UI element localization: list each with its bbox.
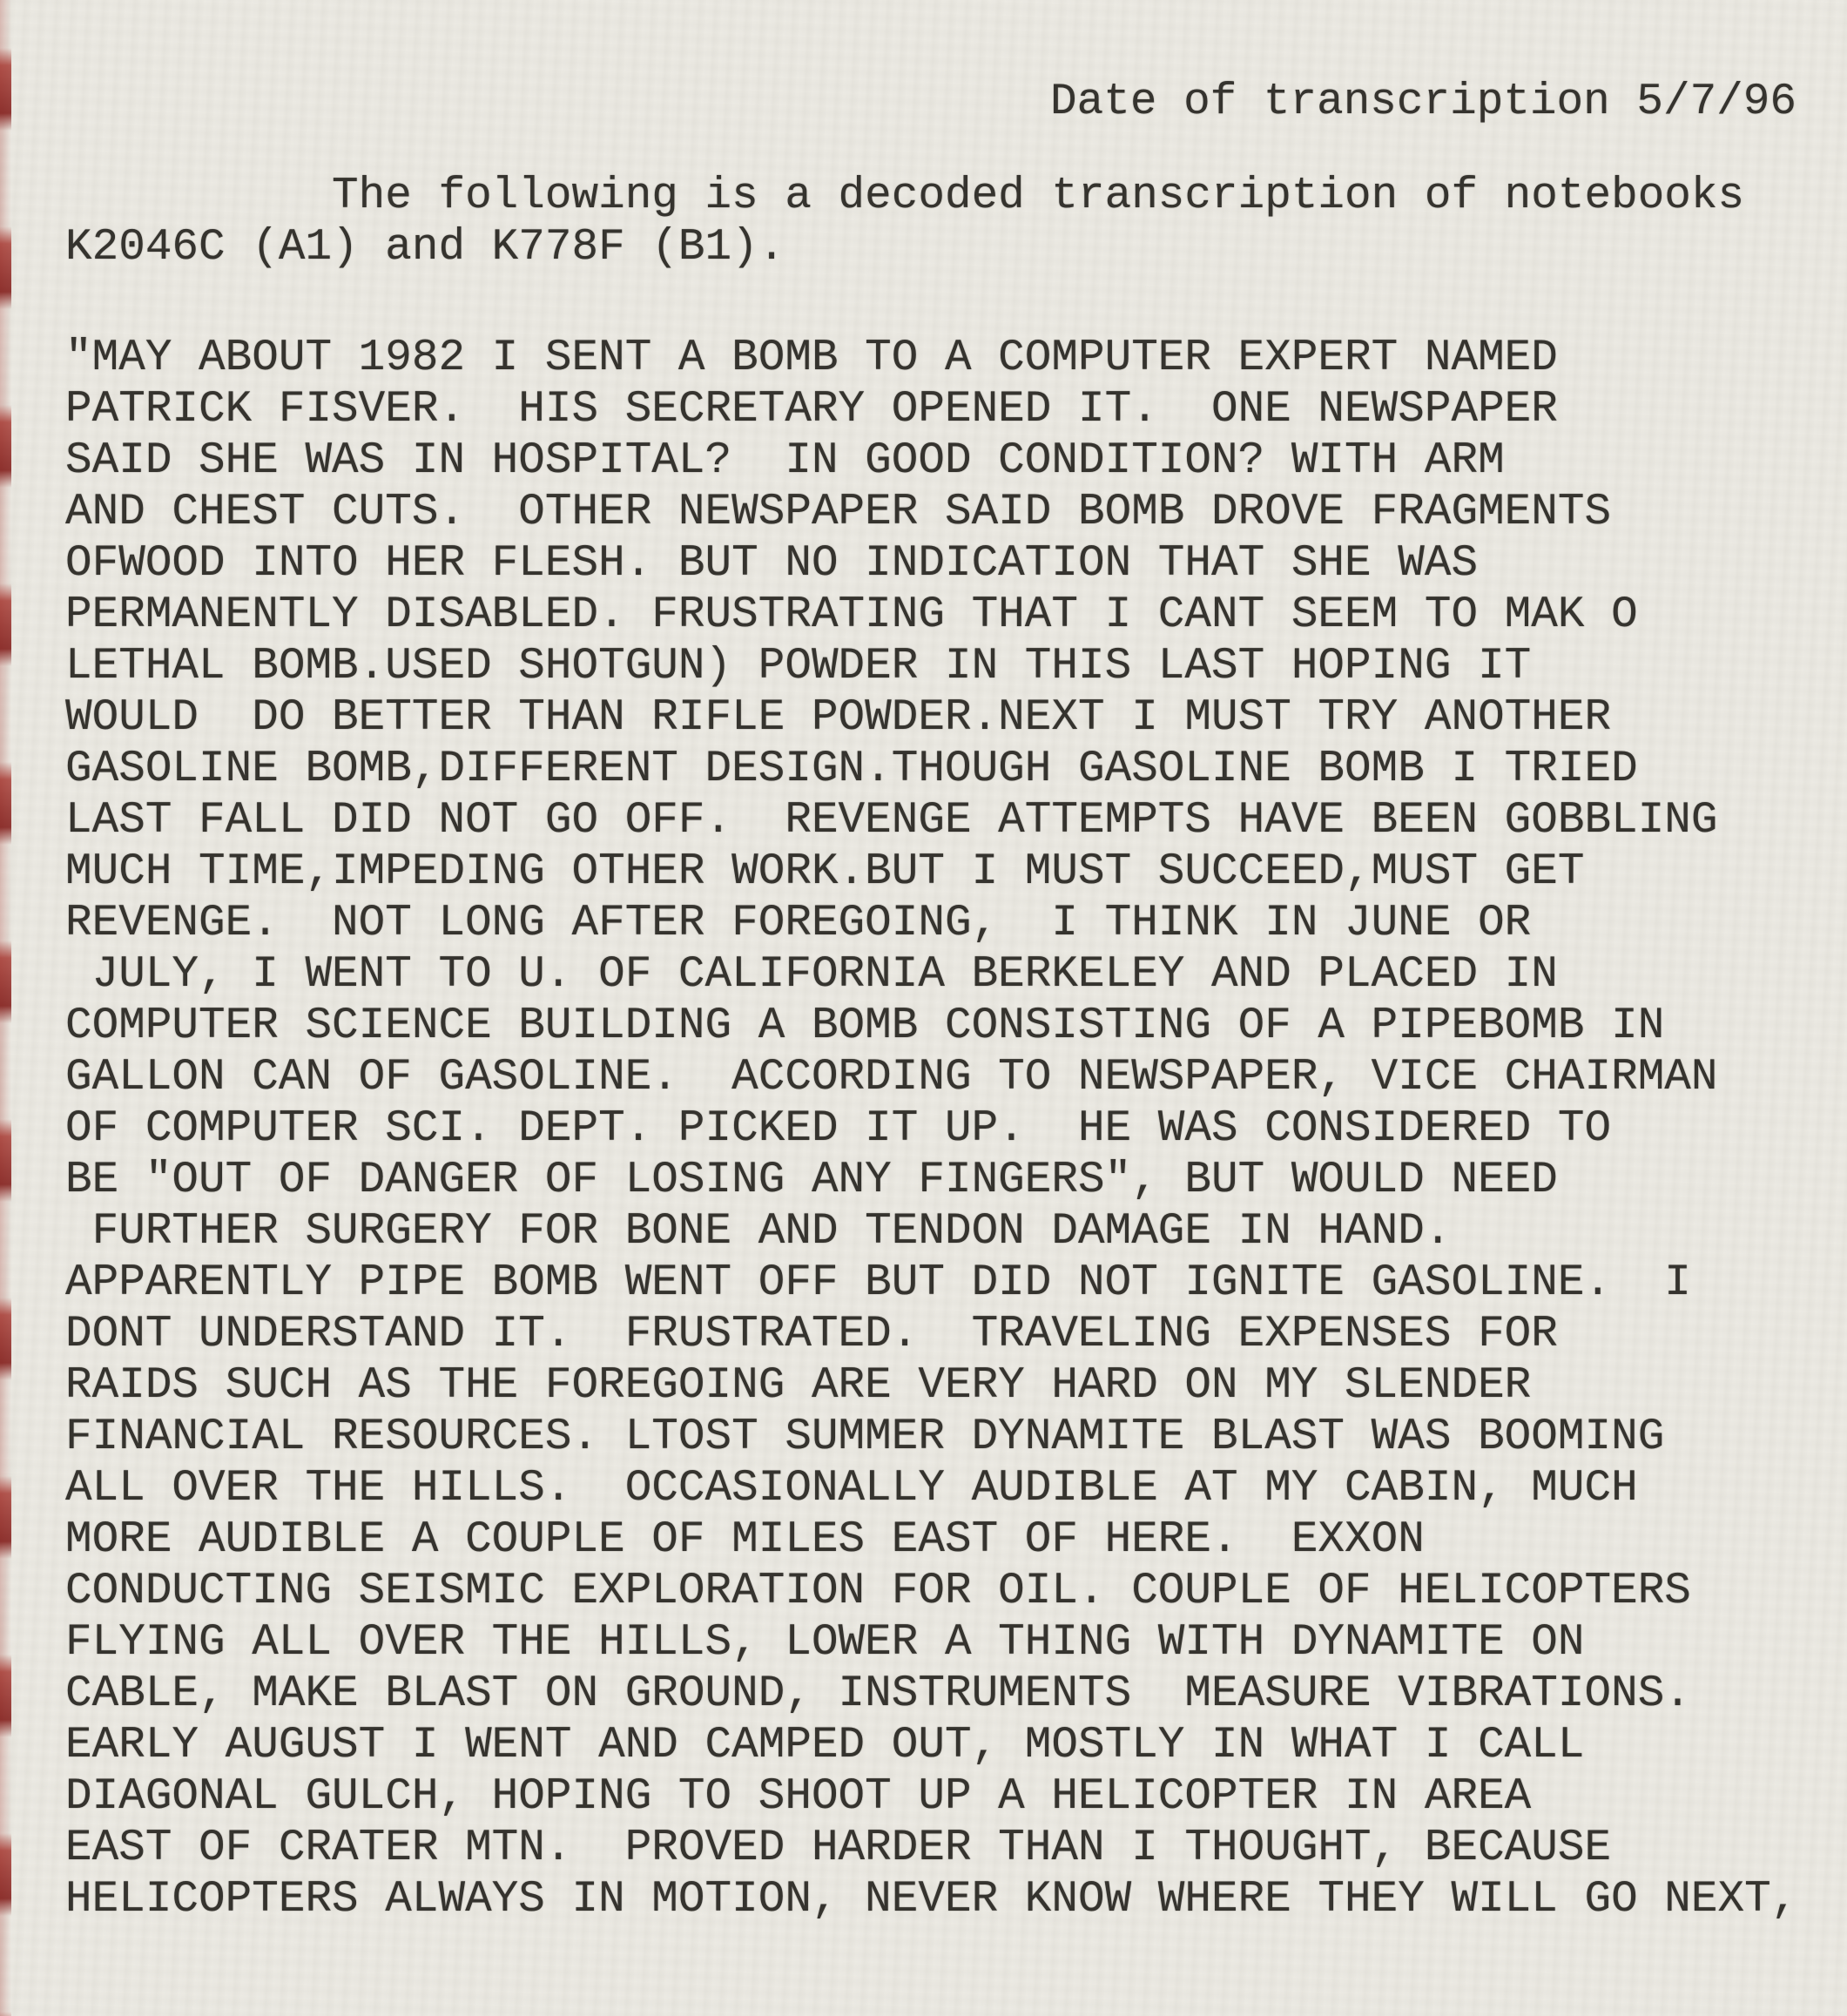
scan-edge-mark (0, 0, 11, 2016)
text-line: RAIDS SUCH AS THE FOREGOING ARE VERY HAR… (65, 1360, 1797, 1412)
text-line: SAID SHE WAS IN HOSPITAL? IN GOOD CONDIT… (65, 435, 1797, 487)
text-line: LAST FALL DID NOT GO OFF. REVENGE ATTEMP… (65, 795, 1797, 846)
transcription-body: "MAY ABOUT 1982 I SENT A BOMB TO A COMPU… (65, 333, 1797, 1925)
text-line: EAST OF CRATER MTN. PROVED HARDER THAN I… (65, 1823, 1797, 1874)
text-line: COMPUTER SCIENCE BUILDING A BOMB CONSIST… (65, 1001, 1797, 1052)
text-line: The following is a decoded transcription… (65, 171, 1744, 222)
text-line: K2046C (A1) and K778F (B1). (65, 222, 1744, 273)
text-line: OFWOOD INTO HER FLESH. BUT NO INDICATION… (65, 538, 1797, 590)
text-line: OF COMPUTER SCI. DEPT. PICKED IT UP. HE … (65, 1103, 1797, 1155)
text-line: JULY, I WENT TO U. OF CALIFORNIA BERKELE… (65, 949, 1797, 1001)
text-line: GALLON CAN OF GASOLINE. ACCORDING TO NEW… (65, 1052, 1797, 1103)
transcription-date: Date of transcription 5/7/96 (1050, 77, 1796, 128)
text-line: AND CHEST CUTS. OTHER NEWSPAPER SAID BOM… (65, 487, 1797, 538)
text-line: PERMANENTLY DISABLED. FRUSTRATING THAT I… (65, 590, 1797, 641)
text-line: PATRICK FISVER. HIS SECRETARY OPENED IT.… (65, 384, 1797, 435)
text-line: DIAGONAL GULCH, HOPING TO SHOOT UP A HEL… (65, 1771, 1797, 1823)
text-line: WOULD DO BETTER THAN RIFLE POWDER.NEXT I… (65, 692, 1797, 744)
text-line: MORE AUDIBLE A COUPLE OF MILES EAST OF H… (65, 1514, 1797, 1566)
document-page: Date of transcription 5/7/96 The followi… (0, 0, 1847, 2016)
text-line: ALL OVER THE HILLS. OCCASIONALLY AUDIBLE… (65, 1463, 1797, 1514)
text-line: DONT UNDERSTAND IT. FRUSTRATED. TRAVELIN… (65, 1309, 1797, 1360)
text-line: EARLY AUGUST I WENT AND CAMPED OUT, MOST… (65, 1720, 1797, 1771)
text-line: GASOLINE BOMB,DIFFERENT DESIGN.THOUGH GA… (65, 744, 1797, 795)
text-line: FINANCIAL RESOURCES. LTOST SUMMER DYNAMI… (65, 1412, 1797, 1463)
text-line: APPARENTLY PIPE BOMB WENT OFF BUT DID NO… (65, 1257, 1797, 1309)
text-line: LETHAL BOMB.USED SHOTGUN) POWDER IN THIS… (65, 641, 1797, 692)
intro-paragraph: The following is a decoded transcription… (65, 171, 1744, 273)
text-line: FURTHER SURGERY FOR BONE AND TENDON DAMA… (65, 1206, 1797, 1257)
text-line: FLYING ALL OVER THE HILLS, LOWER A THING… (65, 1617, 1797, 1669)
text-line: BE "OUT OF DANGER OF LOSING ANY FINGERS"… (65, 1155, 1797, 1206)
text-line: "MAY ABOUT 1982 I SENT A BOMB TO A COMPU… (65, 333, 1797, 384)
text-line: CABLE, MAKE BLAST ON GROUND, INSTRUMENTS… (65, 1669, 1797, 1720)
text-line: REVENGE. NOT LONG AFTER FOREGOING, I THI… (65, 898, 1797, 949)
text-line: MUCH TIME,IMPEDING OTHER WORK.BUT I MUST… (65, 846, 1797, 898)
text-line: CONDUCTING SEISMIC EXPLORATION FOR OIL. … (65, 1566, 1797, 1617)
text-line: HELICOPTERS ALWAYS IN MOTION, NEVER KNOW… (65, 1874, 1797, 1925)
